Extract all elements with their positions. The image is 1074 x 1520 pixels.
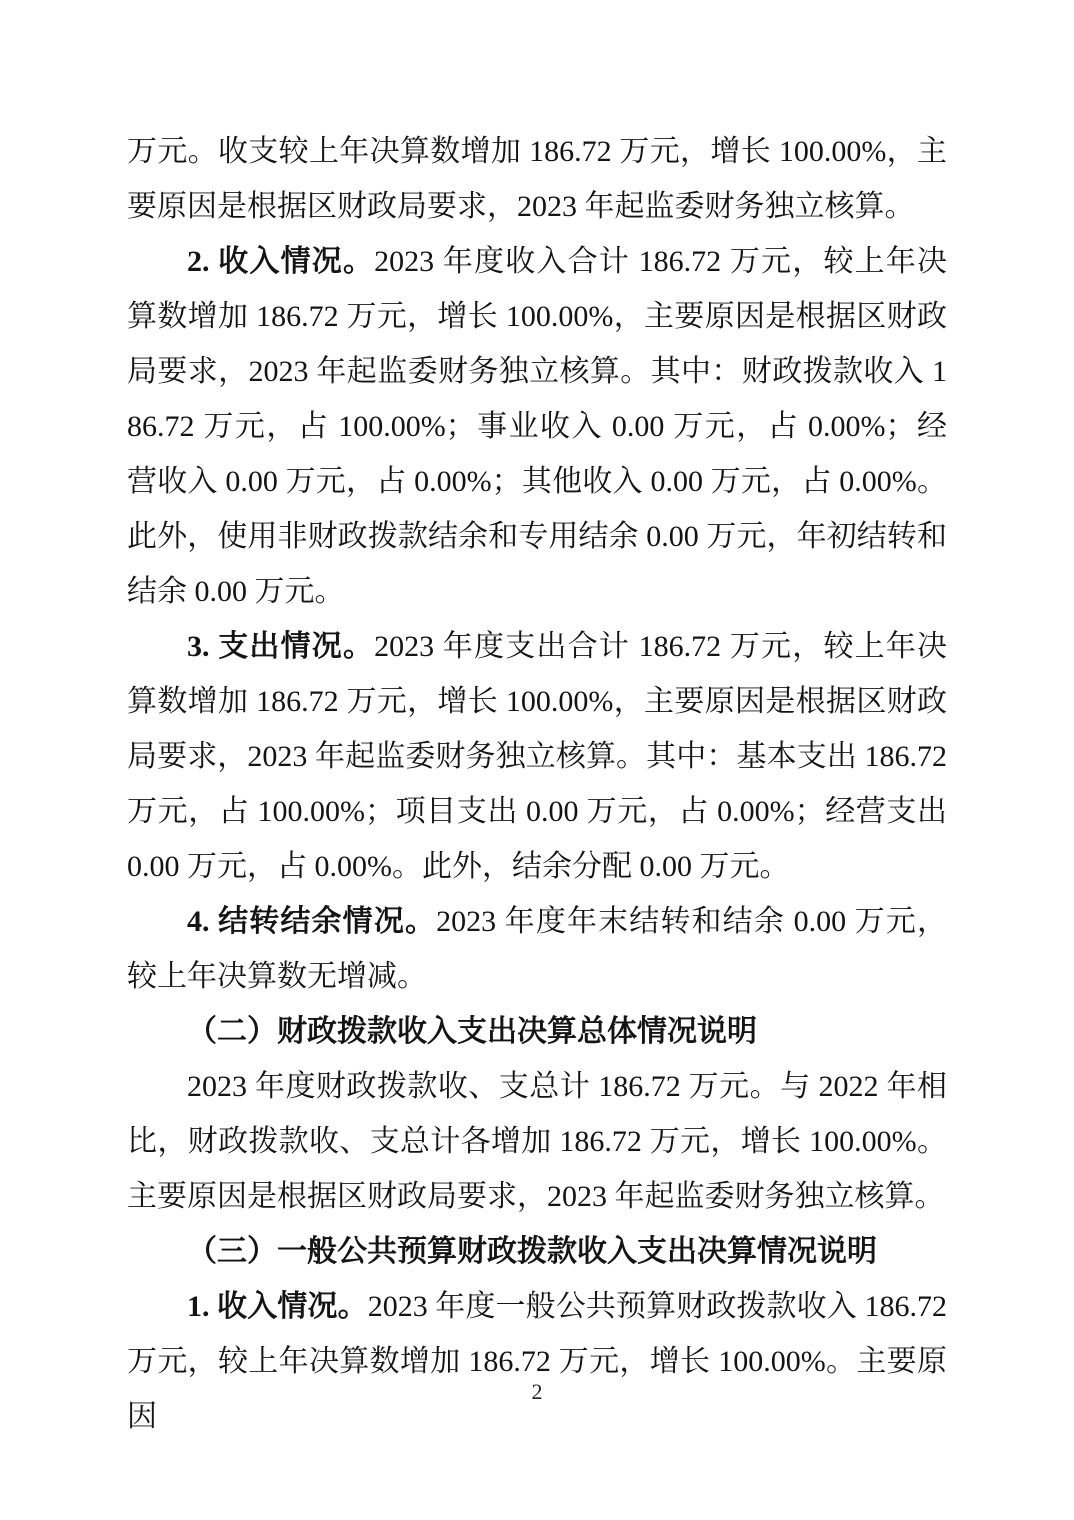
section-heading-3: （三）一般公共预算财政拨款收入支出决算情况说明 (127, 1224, 947, 1279)
section-heading-2: （二）财政拨款收入支出决算总体情况说明 (127, 1004, 947, 1059)
paragraph-fiscal-appropriation-total: 2023 年度财政拨款收、支总计 186.72 万元。与 2022 年相比，财政… (127, 1059, 947, 1224)
paragraph-income: 2. 收入情况。2023 年度收入合计 186.72 万元，较上年决算数增加 1… (127, 234, 947, 619)
paragraph-carryforward-lead: 4. 结转结余情况。 (187, 905, 436, 938)
paragraph-expenditure: 3. 支出情况。2023 年度支出合计 186.72 万元，较上年决算数增加 1… (127, 619, 947, 894)
paragraph-income-lead: 2. 收入情况。 (187, 245, 374, 278)
paragraph-carryover: 万元。收支较上年决算数增加 186.72 万元，增长 100.00%，主要原因是… (127, 124, 947, 234)
paragraph-general-budget-income: 1. 收入情况。2023 年度一般公共预算财政拨款收入 186.72 万元，较上… (127, 1279, 947, 1444)
paragraph-expenditure-text: 2023 年度支出合计 186.72 万元，较上年决算数增加 186.72 万元… (127, 630, 947, 883)
paragraph-carryforward: 4. 结转结余情况。2023 年度年末结转和结余 0.00 万元，较上年决算数无… (127, 894, 947, 1004)
page-number: 2 (0, 1378, 1074, 1406)
paragraph-general-budget-income-lead: 1. 收入情况。 (187, 1290, 368, 1323)
paragraph-income-text: 2023 年度收入合计 186.72 万元，较上年决算数增加 186.72 万元… (127, 245, 947, 608)
document-page: 万元。收支较上年决算数增加 186.72 万元，增长 100.00%，主要原因是… (0, 0, 1074, 1520)
paragraph-expenditure-lead: 3. 支出情况。 (187, 630, 374, 663)
document-body: 万元。收支较上年决算数增加 186.72 万元，增长 100.00%，主要原因是… (127, 124, 947, 1444)
